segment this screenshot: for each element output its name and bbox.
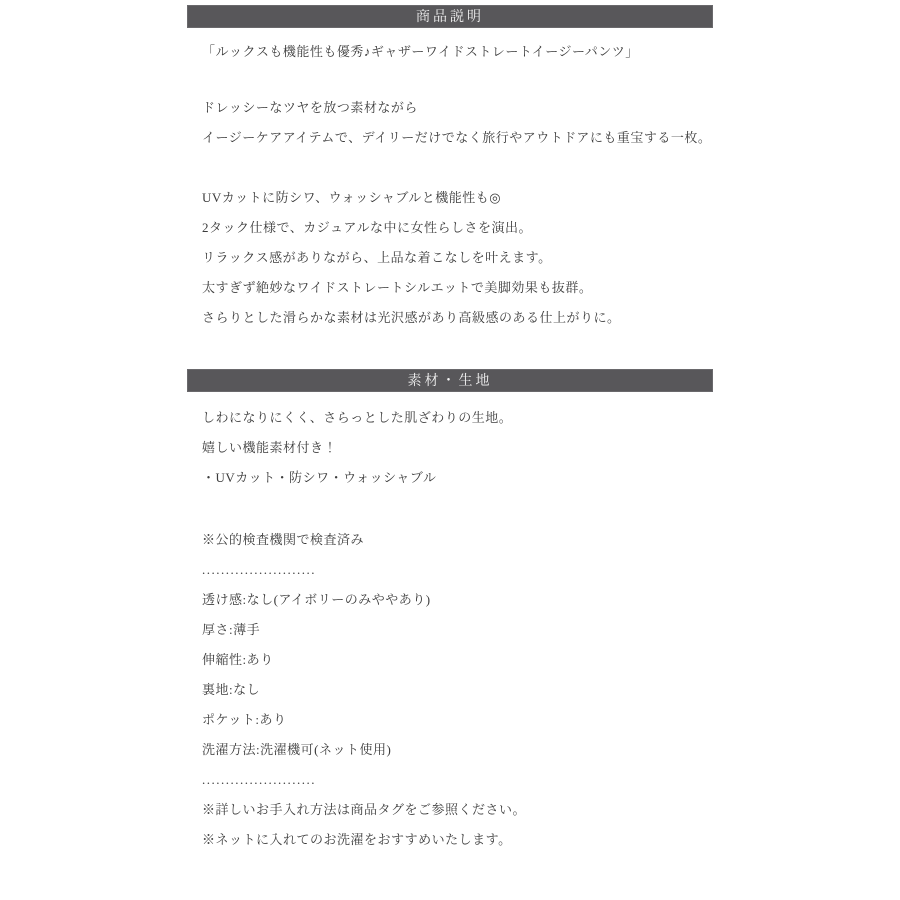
spec-line-sheerness: 透け感:なし(アイボリーのみややあり) (187, 585, 713, 615)
care-note-line: ※詳しいお手入れ方法は商品タグをご参照ください。 (187, 795, 713, 825)
care-note-line: ※ネットに入れてのお洗濯をおすすめいたします。 (187, 825, 713, 855)
text-line: イージーケアアイテムで、デイリーだけでなく旅行やアウトドアにも重宝する一枚。 (187, 123, 713, 153)
spec-line-washing: 洗濯方法:洗濯機可(ネット使用) (187, 735, 713, 765)
spec-line-lining: 裏地:なし (187, 675, 713, 705)
text-line: 2タック仕様で、カジュアルな中に女性らしさを演出。 (187, 213, 713, 243)
inspection-note-line: ※公的検査機関で検査済み (187, 525, 713, 555)
text-line: ドレッシーなツヤを放つ素材ながら (187, 93, 713, 123)
text-line: UVカットに防シワ、ウォッシャブルと機能性も◎ (187, 183, 713, 213)
dotted-divider: ........................ (187, 765, 713, 795)
text-line: ・UVカット・防シワ・ウォッシャブル (187, 463, 713, 493)
dotted-divider: ........................ (187, 555, 713, 585)
text-line: 嬉しい機能素材付き！ (187, 433, 713, 463)
spec-line-pocket: ポケット:あり (187, 705, 713, 735)
spec-line-stretch: 伸縮性:あり (187, 645, 713, 675)
text-line: さらりとした滑らかな素材は光沢感があり高級感のある仕上がりに。 (187, 303, 713, 333)
product-description-page: 商品説明 「ルックスも機能性も優秀♪ギャザーワイドストレートイージーパンツ」 ド… (0, 0, 900, 900)
catch-copy-line: 「ルックスも機能性も優秀♪ギャザーワイドストレートイージーパンツ」 (187, 37, 713, 67)
text-line: しわになりにくく、さらっとした肌ざわりの生地。 (187, 403, 713, 433)
section-header-product-description: 商品説明 (187, 5, 713, 28)
content-column: 商品説明 「ルックスも機能性も優秀♪ギャザーワイドストレートイージーパンツ」 ド… (187, 0, 713, 855)
spec-line-thickness: 厚さ:薄手 (187, 615, 713, 645)
text-line: リラックス感がありながら、上品な着こなしを叶えます。 (187, 243, 713, 273)
text-line: 太すぎず絶妙なワイドストレートシルエットで美脚効果も抜群。 (187, 273, 713, 303)
section-header-material-fabric: 素材・生地 (187, 369, 713, 392)
